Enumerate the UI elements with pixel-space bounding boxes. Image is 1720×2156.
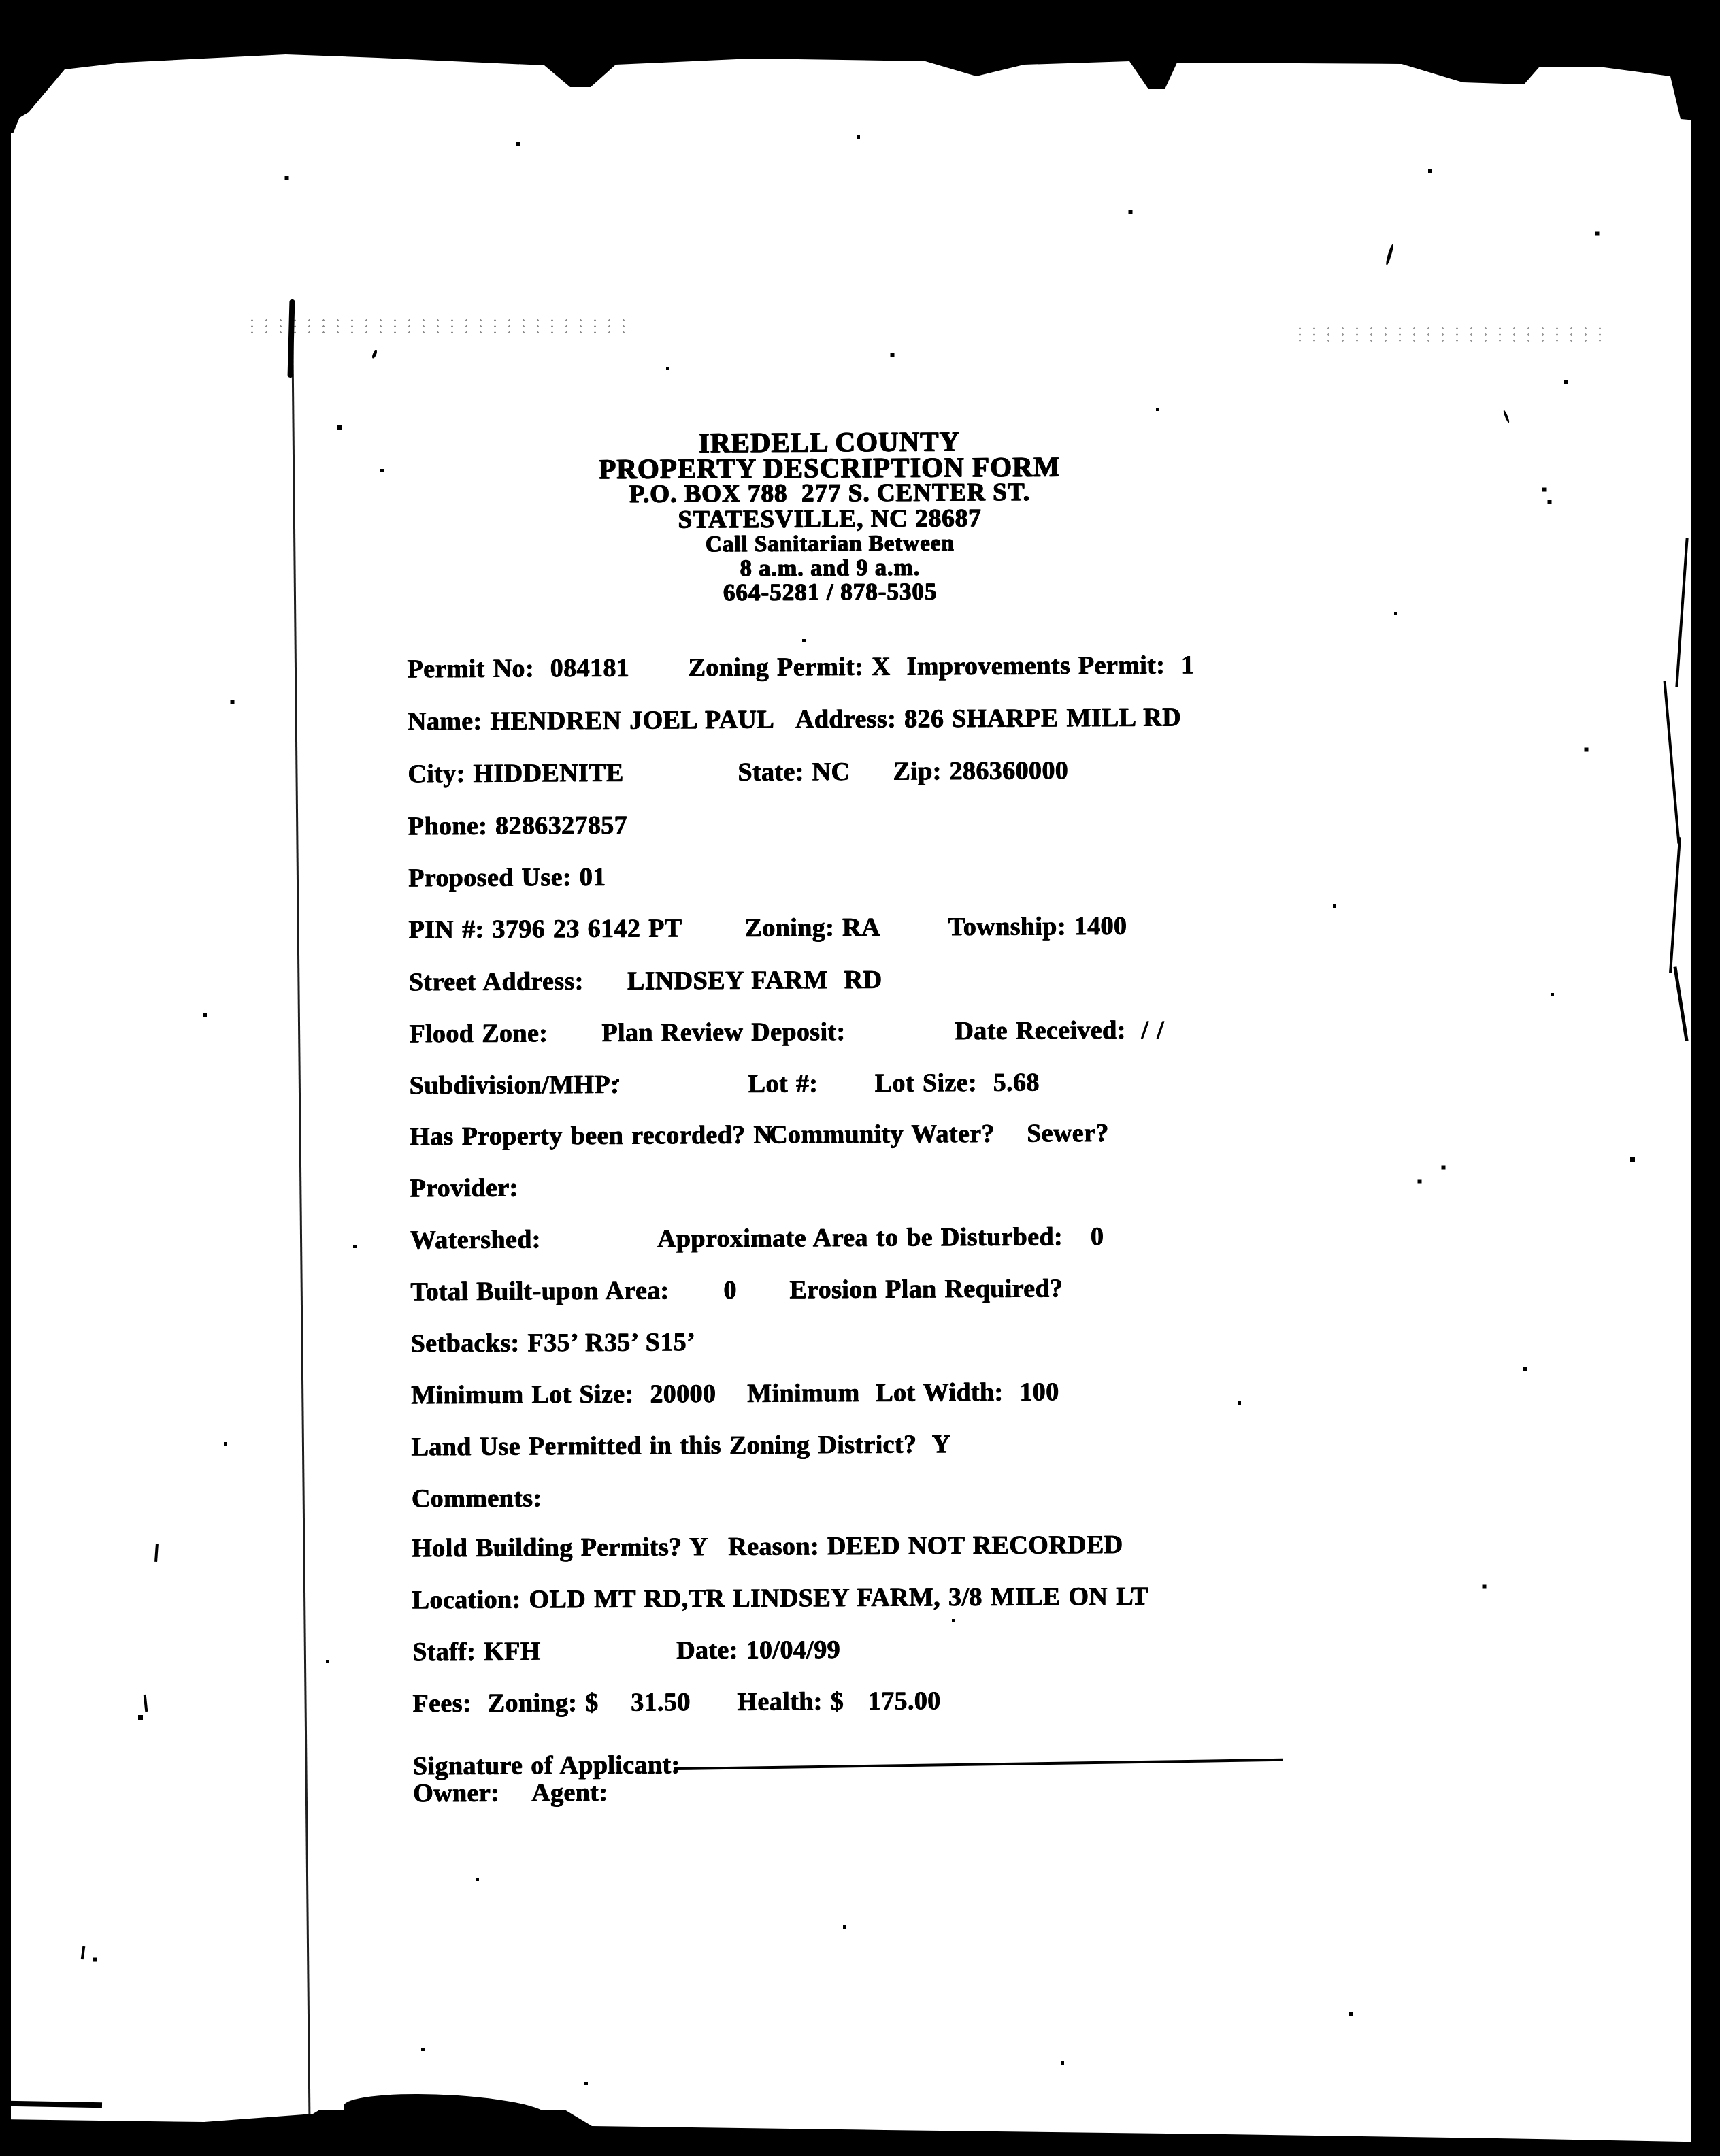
field-hold-permits: Hold Building Permits? Y — [412, 1532, 708, 1563]
field-lot-size: Lot Size: 5.68 — [874, 1067, 1039, 1098]
field-comments: Comments: — [412, 1483, 542, 1514]
field-plan-review-deposit: Plan Review Deposit: — [601, 1017, 845, 1048]
field-reason: Reason: DEED NOT RECORDED — [728, 1530, 1123, 1562]
field-street-address-label: Street Address: — [409, 966, 584, 997]
field-proposed-use: Proposed Use: 01 — [408, 862, 606, 894]
field-community-water: Community Water? — [769, 1119, 995, 1150]
field-staff: Staff: KFH — [412, 1636, 541, 1667]
letterhead-hours: 8 a.m. and 9 a.m. — [557, 555, 1102, 581]
field-property-recorded: Has Property been recorded? N — [410, 1120, 772, 1151]
field-flood-zone: Flood Zone: — [409, 1018, 548, 1049]
field-agent: Agent: — [531, 1778, 608, 1808]
field-min-lot-size: Minimum Lot Size: 20000 — [411, 1379, 716, 1410]
signature-line — [674, 1759, 1283, 1770]
field-min-lot-width: Minimum Lot Width: 100 — [747, 1377, 1059, 1408]
field-township: Township: 1400 — [948, 911, 1127, 942]
field-city: City: HIDDENITE — [408, 757, 624, 789]
field-watershed: Watershed: — [410, 1224, 541, 1255]
field-fees-health: Health: $ 175.00 — [737, 1686, 940, 1717]
field-area-disturbed-label: Approximate Area to be Disturbed: — [657, 1222, 1063, 1254]
letterhead-city-state: STATESVILLE, NC 28687 — [557, 505, 1102, 534]
document-text-layer: IREDELL COUNTY PROPERTY DESCRIPTION FORM… — [0, 0, 1720, 2156]
field-pin: PIN #: 3796 23 6142 PT — [408, 913, 682, 945]
letterhead-call-note: Call Sanitarian Between — [557, 531, 1102, 557]
field-zip: Zip: 286360000 — [893, 755, 1068, 786]
field-subdivision-mhp: Subdivision/MHP: — [409, 1070, 619, 1101]
scan-speckles — [0, 0, 2, 2]
letterhead-po-box: P.O. BOX 788 277 S. CENTER ST. — [557, 479, 1102, 508]
field-date-received-value: / / — [1141, 1015, 1164, 1045]
field-date: Date: 10/04/99 — [676, 1635, 840, 1665]
field-zoning-permit: Zoning Permit: X — [688, 651, 891, 683]
field-built-upon-label: Total Built-upon Area: — [410, 1275, 669, 1307]
field-permit-no: Permit No: 084181 — [407, 653, 629, 684]
field-area-disturbed-value: 0 — [1091, 1222, 1104, 1252]
field-phone: Phone: 8286327857 — [408, 810, 627, 841]
field-setbacks: Setbacks: F35’ R35’ S15’ — [410, 1327, 695, 1358]
field-address: Address: 826 SHARPE MILL RD — [795, 702, 1181, 734]
field-provider: Provider: — [410, 1173, 518, 1203]
field-date-received-label: Date Received: — [955, 1015, 1126, 1046]
field-sewer: Sewer? — [1027, 1118, 1109, 1149]
field-zoning: Zoning: RA — [744, 913, 880, 943]
field-owner: Owner: — [413, 1778, 499, 1808]
letterhead-phones: 664-5281 / 878-5305 — [558, 578, 1102, 606]
field-state: State: NC — [738, 757, 850, 787]
form-letterhead: IREDELL COUNTY PROPERTY DESCRIPTION FORM… — [557, 427, 1102, 606]
field-name: Name: HENDREN JOEL PAUL — [408, 704, 774, 736]
field-fees-zoning: Fees: Zoning: $ 31.50 — [412, 1687, 690, 1718]
field-erosion-plan: Erosion Plan Required? — [789, 1273, 1063, 1305]
field-improvements-permit: Improvements Permit: 1 — [906, 650, 1194, 681]
field-street-address-value: LINDSEY FARM RD — [627, 964, 882, 996]
field-land-use: Land Use Permitted in this Zoning Distri… — [411, 1429, 950, 1462]
field-built-upon-value: 0 — [723, 1275, 737, 1305]
field-signature-label: Signature of Applicant: — [413, 1750, 680, 1781]
scanned-document-page: IREDELL COUNTY PROPERTY DESCRIPTION FORM… — [0, 0, 1720, 2156]
field-lot-no: Lot #: — [748, 1068, 818, 1099]
field-location: Location: OLD MT RD,TR LINDSEY FARM, 3/8… — [412, 1581, 1148, 1615]
